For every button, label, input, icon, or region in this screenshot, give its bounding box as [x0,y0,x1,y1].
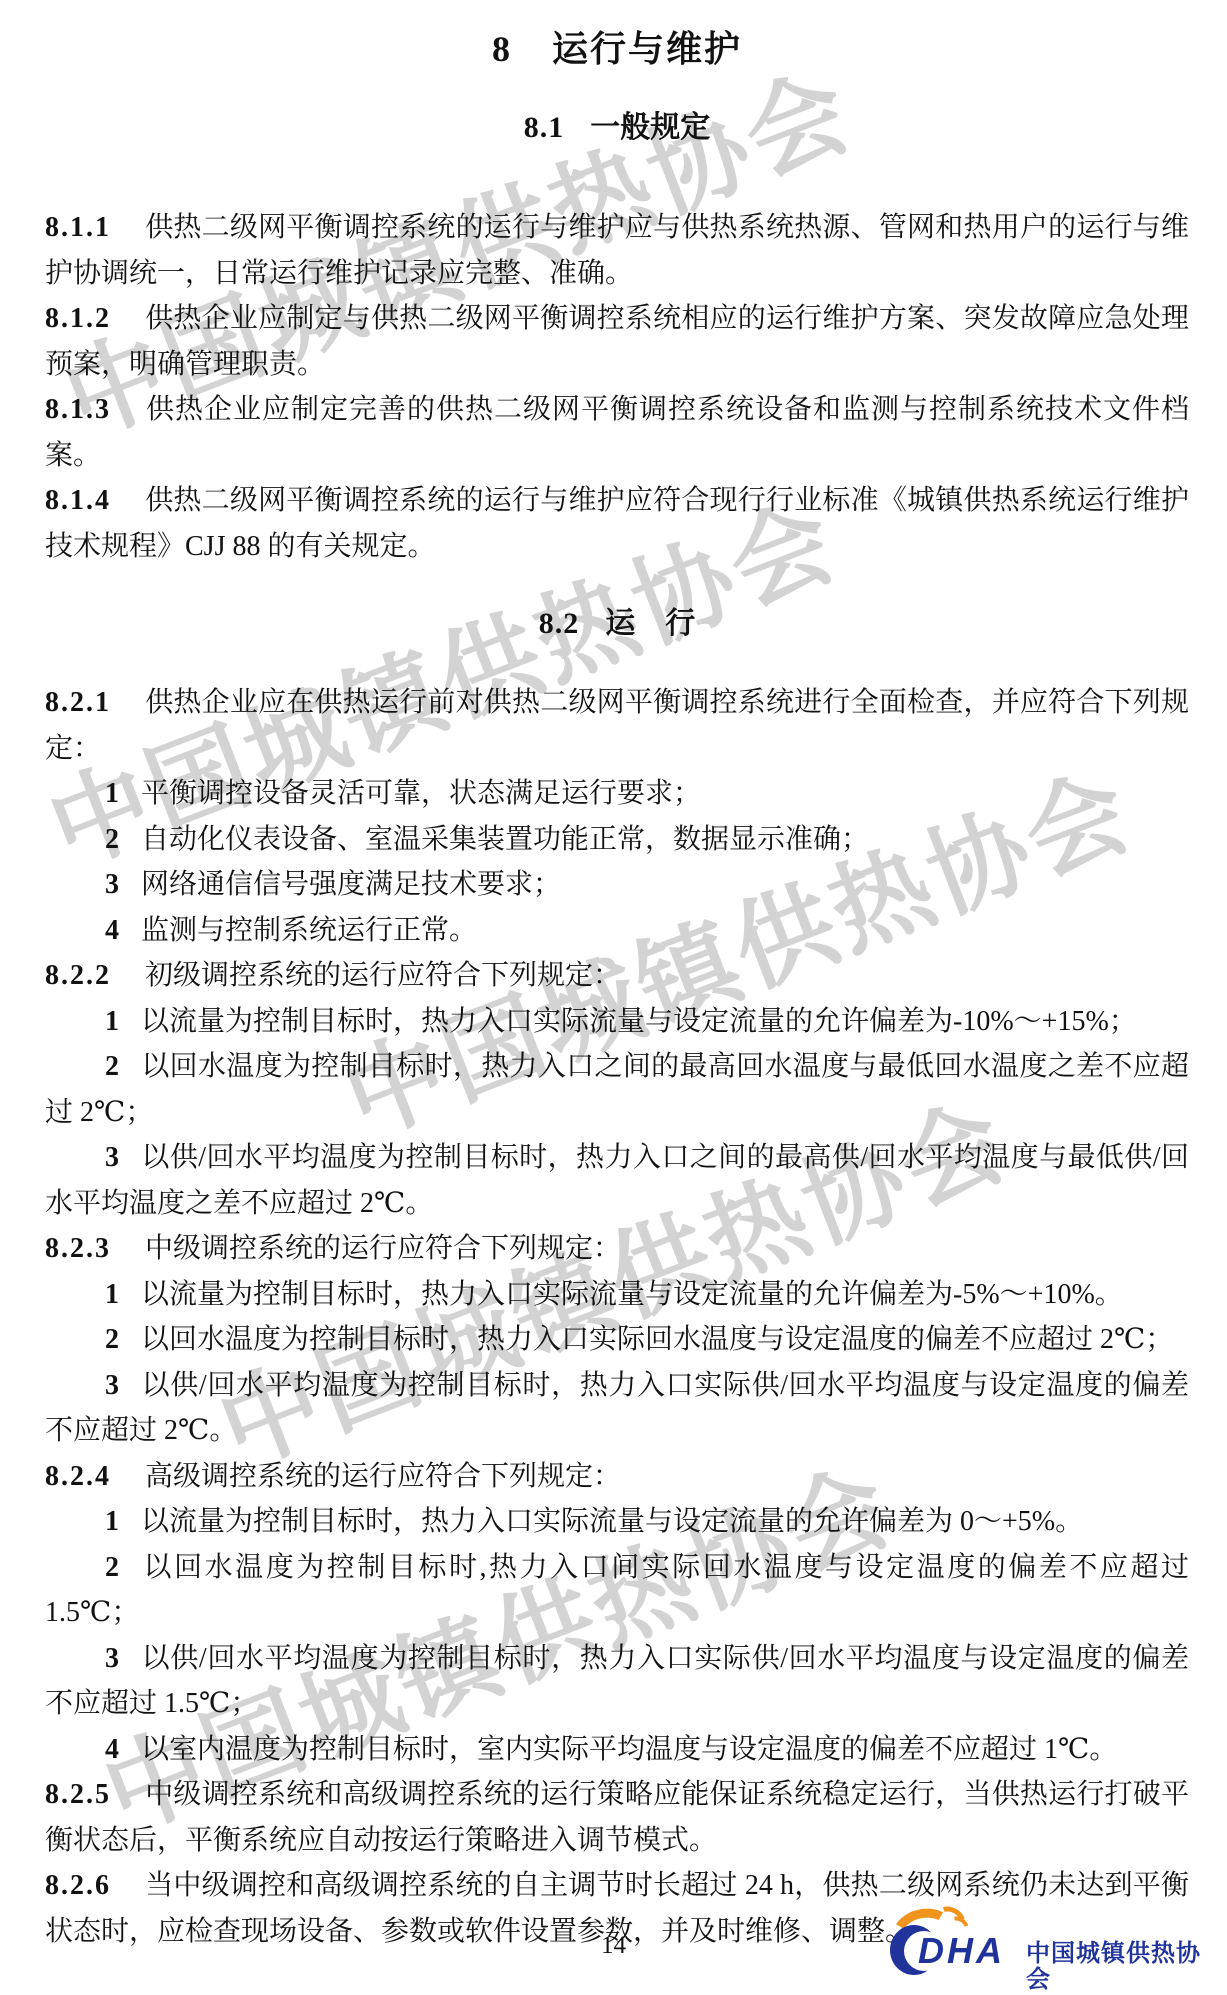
section-8-2-title: 运 行 [605,607,695,640]
clause-number: 8.2.1 [45,687,111,718]
item-number: 1 [105,778,119,809]
page-footer: 14 DHA 中国城镇供热协会 [0,1900,1227,1995]
clause-text: 以回水温度为控制目标时,热力入口间实际回水温度与设定温度的偏差不应超过 1.5℃… [45,1552,1189,1629]
clause-text: 以供/回水平均温度为控制目标时，热力入口之间的最高供/回水平均温度与最低供/回水… [45,1142,1189,1219]
clause-number: 8.1.2 [45,303,111,334]
list-item: 3网络通信信号强度满足技术要求； [45,862,1189,908]
item-number: 3 [105,1142,119,1173]
clause-text: 以流量为控制目标时，热力入口实际流量与设定流量的允许偏差为 0～+5%。 [141,1506,1083,1537]
clause-number: 8.2.2 [45,960,111,991]
clause-text: 供热企业应制定完善的供热二级网平衡调控系统设备和监测与控制系统技术文件档案。 [45,394,1189,471]
clause-text: 以回水温度为控制目标时，热力入口实际回水温度与设定温度的偏差不应超过 2℃； [141,1324,1173,1355]
clause-text: 以流量为控制目标时，热力入口实际流量与设定流量的允许偏差为-10%～+15%； [141,1006,1137,1037]
clause-number: 8.2.4 [45,1461,111,1492]
item-number: 3 [105,1370,119,1401]
list-item: 2以回水温度为控制目标时，热力入口实际回水温度与设定温度的偏差不应超过 2℃； [45,1317,1189,1363]
clause-number: 8.2.6 [45,1870,111,1901]
clause-text: 平衡调控设备灵活可靠，状态满足运行要求； [141,778,701,809]
item-number: 1 [105,1506,119,1537]
chapter-number: 8 [492,29,510,69]
list-item: 3以供/回水平均温度为控制目标时，热力入口之间的最高供/回水平均温度与最低供/回… [45,1135,1189,1226]
section-8-1-title: 一般规定 [590,111,710,144]
clause-paragraph: 8.2.4高级调控系统的运行应符合下列规定： [45,1454,1189,1500]
clause-paragraph: 8.1.3供热企业应制定完善的供热二级网平衡调控系统设备和监测与控制系统技术文件… [45,387,1189,478]
list-item: 1以流量为控制目标时，热力入口实际流量与设定流量的允许偏差为-10%～+15%； [45,999,1189,1045]
item-number: 4 [105,915,119,946]
clause-paragraph: 8.1.4供热二级网平衡调控系统的运行与维护应符合现行行业标准《城镇供热系统运行… [45,478,1189,569]
clause-text: 以供/回水平均温度为控制目标时，热力入口实际供/回水平均温度与设定温度的偏差不应… [45,1643,1189,1720]
list-item: 4以室内温度为控制目标时，室内实际平均温度与设定温度的偏差不应超过 1℃。 [45,1727,1189,1773]
clause-text: 以室内温度为控制目标时，室内实际平均温度与设定温度的偏差不应超过 1℃。 [141,1734,1117,1765]
clause-paragraph: 8.2.5中级调控系统和高级调控系统的运行策略应能保证系统稳定运行，当供热运行打… [45,1772,1189,1863]
section-8-1-clauses: 8.1.1供热二级网平衡调控系统的运行与维护应与供热系统热源、管网和热用户的运行… [45,205,1189,569]
clause-number: 8.1.1 [45,212,111,243]
list-item: 2以回水温度为控制目标时，热力入口之间的最高回水温度与最低回水温度之差不应超过 … [45,1044,1189,1135]
section-heading-8-1: 8.1一般规定 [45,106,1189,150]
clause-paragraph: 8.2.1供热企业应在供热运行前对供热二级网平衡调控系统进行全面检查，并应符合下… [45,680,1189,771]
clause-text: 以流量为控制目标时，热力入口实际流量与设定流量的允许偏差为-5%～+10%。 [141,1279,1123,1310]
list-item: 4监测与控制系统运行正常。 [45,908,1189,954]
clause-number: 8.1.3 [45,394,111,425]
clause-text: 以供/回水平均温度为控制目标时，热力入口实际供/回水平均温度与设定温度的偏差不应… [45,1370,1189,1447]
clause-text: 以回水温度为控制目标时，热力入口之间的最高回水温度与最低回水温度之差不应超过 2… [45,1051,1189,1128]
item-number: 1 [105,1006,119,1037]
document-page: 中国城镇供热协会中国城镇供热协会中国城镇供热协会中国城镇供热协会中国城镇供热协会… [0,0,1227,1995]
clause-text: 供热二级网平衡调控系统的运行与维护应符合现行行业标准《城镇供热系统运行维护技术规… [45,485,1189,562]
list-item: 1以流量为控制目标时，热力入口实际流量与设定流量的允许偏差为 0～+5%。 [45,1499,1189,1545]
item-number: 2 [105,1552,119,1583]
clause-text: 中级调控系统和高级调控系统的运行策略应能保证系统稳定运行，当供热运行打破平衡状态… [45,1779,1189,1856]
section-8-2-number: 8.2 [539,607,580,640]
clause-paragraph: 8.1.2供热企业应制定与供热二级网平衡调控系统相应的运行维护方案、突发故障应急… [45,296,1189,387]
clause-text: 供热企业应制定与供热二级网平衡调控系统相应的运行维护方案、突发故障应急处理预案，… [45,303,1189,380]
item-number: 2 [105,1324,119,1355]
item-number: 2 [105,1051,119,1082]
clause-text: 自动化仪表设备、室温采集装置功能正常，数据显示准确； [141,824,869,855]
clause-number: 8.2.5 [45,1779,111,1810]
list-item: 3以供/回水平均温度为控制目标时，热力入口实际供/回水平均温度与设定温度的偏差不… [45,1636,1189,1727]
clause-number: 8.2.3 [45,1233,111,1264]
list-item: 1平衡调控设备灵活可靠，状态满足运行要求； [45,771,1189,817]
logo-acronym: DHA [918,1933,1005,1969]
clause-text: 供热二级网平衡调控系统的运行与维护应与供热系统热源、管网和热用户的运行与维护协调… [45,212,1189,289]
logo-organization-name: 中国城镇供热协会 [1026,1941,1223,1993]
clause-text: 供热企业应在供热运行前对供热二级网平衡调控系统进行全面检查，并应符合下列规定： [45,687,1189,764]
list-item: 2以回水温度为控制目标时,热力入口间实际回水温度与设定温度的偏差不应超过 1.5… [45,1545,1189,1636]
clause-paragraph: 8.2.3中级调控系统的运行应符合下列规定： [45,1226,1189,1272]
item-number: 1 [105,1279,119,1310]
clause-text: 中级调控系统的运行应符合下列规定： [145,1233,621,1264]
item-number: 3 [105,1643,119,1674]
clause-text: 网络通信信号强度满足技术要求； [141,869,561,900]
section-heading-8-2: 8.2运 行 [45,602,1189,646]
list-item: 1以流量为控制目标时，热力入口实际流量与设定流量的允许偏差为-5%～+10%。 [45,1272,1189,1318]
item-number: 3 [105,869,119,900]
list-item: 2自动化仪表设备、室温采集装置功能正常，数据显示准确； [45,817,1189,863]
clause-text: 高级调控系统的运行应符合下列规定： [145,1461,621,1492]
section-8-2-clauses: 8.2.1供热企业应在供热运行前对供热二级网平衡调控系统进行全面检查，并应符合下… [45,680,1189,1954]
list-item: 3以供/回水平均温度为控制目标时，热力入口实际供/回水平均温度与设定温度的偏差不… [45,1363,1189,1454]
document-body: 8运行与维护 8.1一般规定 8.1.1供热二级网平衡调控系统的运行与维护应与供… [0,0,1227,1954]
item-number: 4 [105,1734,119,1765]
clause-number: 8.1.4 [45,485,111,516]
clause-text: 监测与控制系统运行正常。 [141,915,477,946]
clause-paragraph: 8.2.2初级调控系统的运行应符合下列规定： [45,953,1189,999]
clause-paragraph: 8.1.1供热二级网平衡调控系统的运行与维护应与供热系统热源、管网和热用户的运行… [45,205,1189,296]
association-logo: DHA 中国城镇供热协会 [888,1905,1223,1977]
item-number: 2 [105,824,119,855]
chapter-heading: 8运行与维护 [45,26,1189,72]
section-8-1-number: 8.1 [524,111,565,144]
chapter-title: 运行与维护 [552,29,742,69]
clause-text: 初级调控系统的运行应符合下列规定： [145,960,621,991]
